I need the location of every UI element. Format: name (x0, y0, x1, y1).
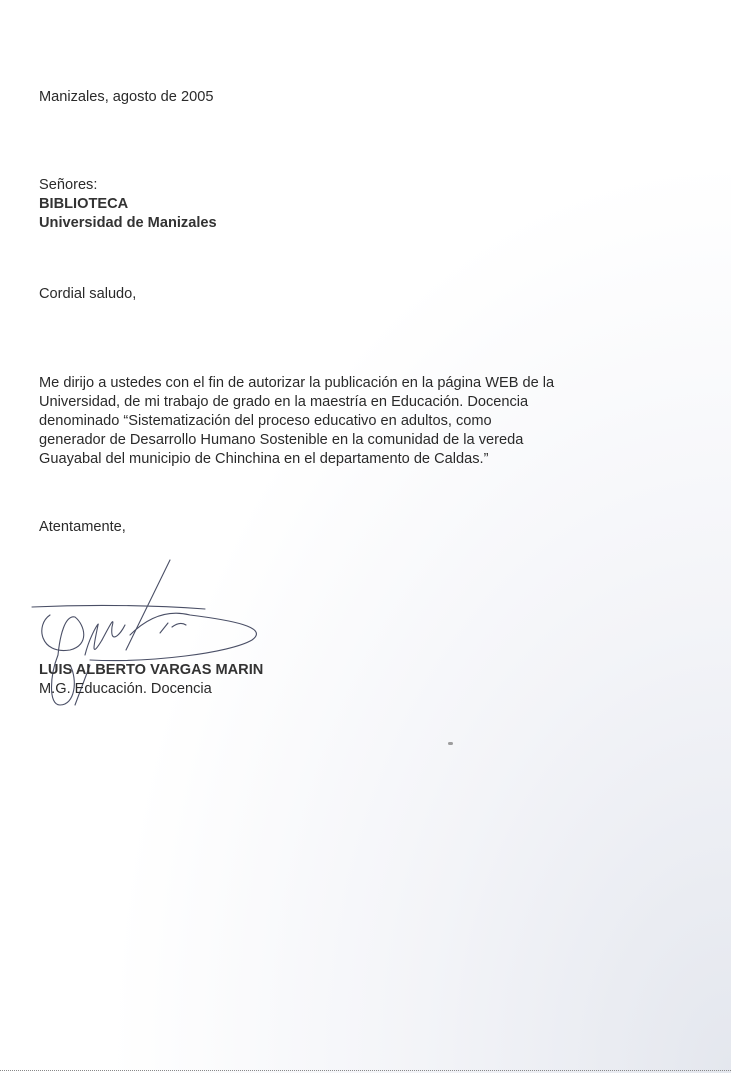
greeting: Cordial saludo, (39, 285, 136, 304)
body-line: denominado “Sistematización del proceso … (39, 412, 554, 431)
scan-edge-rule (0, 1070, 731, 1072)
letter-body: Me dirijo a ustedes con el fin de autori… (39, 374, 554, 469)
date-line: Manizales, agosto de 2005 (39, 88, 213, 107)
recipient-block: Señores: BIBLIOTECA Universidad de Maniz… (39, 176, 217, 233)
recipient-salutation: Señores: (39, 176, 217, 195)
body-line: Universidad, de mi trabajo de grado en l… (39, 393, 554, 412)
recipient-line-2: Universidad de Manizales (39, 214, 217, 233)
body-line: generador de Desarrollo Humano Sostenibl… (39, 431, 554, 450)
body-line: Me dirijo a ustedes con el fin de autori… (39, 374, 554, 393)
signatory-title: M.G. Educación. Docencia (39, 680, 212, 699)
signatory-name: LUIS ALBERTO VARGAS MARIN (39, 661, 263, 680)
closing: Atentamente, (39, 518, 126, 537)
scan-speck (448, 742, 453, 745)
body-line: Guayabal del municipio de Chinchina en e… (39, 450, 554, 469)
recipient-line-1: BIBLIOTECA (39, 195, 217, 214)
